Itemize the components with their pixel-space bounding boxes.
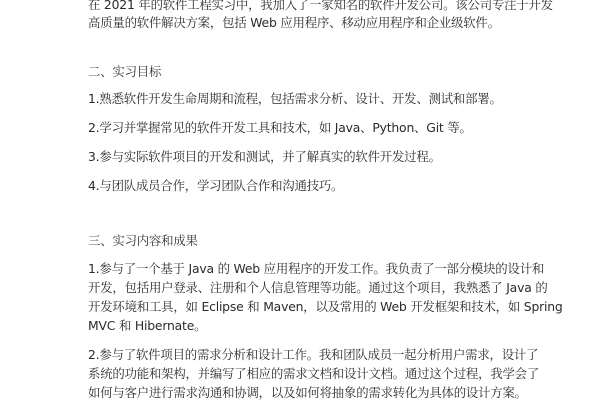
goal-item: 4.与团队成员合作，学习团队合作和沟通技巧。	[88, 178, 343, 194]
section-heading-goals: 二、实习目标	[88, 64, 161, 80]
goal-item: 2.学习并掌握常见的软件开发工具和技术，如 Java、Python、Git 等。	[88, 120, 472, 136]
content-paragraph-line: 1.参与了一个基于 Java 的 Web 应用程序的开发工作。我负责了一部分模块…	[88, 261, 544, 277]
content-paragraph-line: 开发，包括用户登录、注册和个人信息管理等功能。通过这个项目，我熟悉了 Java …	[88, 280, 548, 296]
intro-line: 在 2021 年的软件工程实习中，我加入了一家知名的软件开发公司。该公司专注于开…	[88, 0, 553, 13]
section-heading-content: 三、实习内容和成果	[88, 233, 198, 249]
intro-line: 高质量的软件解决方案，包括 Web 应用程序、移动应用程序和企业级软件。	[88, 15, 500, 31]
goal-item: 3.参与实际软件项目的开发和测试，并了解真实的软件开发过程。	[88, 149, 441, 165]
content-paragraph-line: 2.参与了软件项目的需求分析和设计工作。我和团队成员一起分析用户需求，设计了	[88, 347, 538, 363]
goal-item: 1.熟悉软件开发生命周期和流程，包括需求分析、设计、开发、测试和部署。	[88, 91, 502, 107]
content-paragraph-line: 如何与客户进行需求沟通和协调，以及如何将抽象的需求转化为具体的设计方案。	[88, 385, 527, 400]
content-paragraph-line: 系统的功能和架构，并编写了相应的需求文档和设计文档。通过这个过程，我学会了	[88, 366, 539, 382]
content-paragraph-line: 开发环境和工具，如 Eclipse 和 Maven，以及常用的 Web 开发框架…	[88, 299, 563, 315]
document-page: 在 2021 年的软件工程实习中，我加入了一家知名的软件开发公司。该公司专注于开…	[88, 0, 516, 400]
content-paragraph-line: MVC 和 Hibernate。	[88, 318, 206, 334]
